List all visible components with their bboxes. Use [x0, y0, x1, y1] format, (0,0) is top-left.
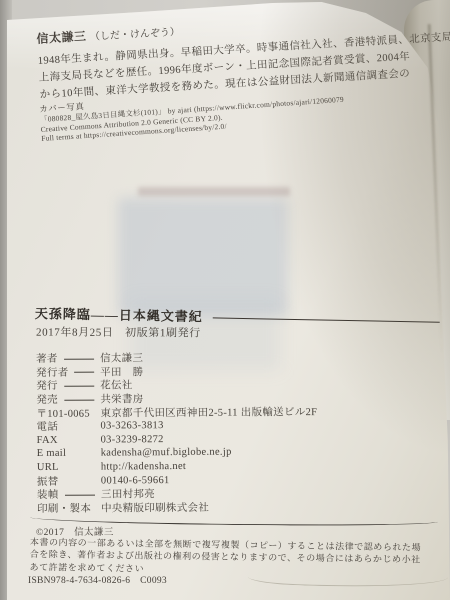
field-value: kadensha@muf.biglobe.ne.jp [101, 447, 232, 459]
field-value: 03-3239-8272 [101, 434, 164, 445]
field-dash [64, 386, 94, 387]
field-label: 電話 [36, 419, 58, 434]
field-label: 印刷・製本 [37, 500, 91, 515]
author-name: 信太謙三 [36, 29, 87, 46]
field-dash [65, 494, 95, 495]
field-dash [75, 372, 95, 373]
field-value: 03-3263-3813 [100, 420, 163, 431]
field-label: URL [37, 462, 59, 473]
field-value: 中央精版印刷株式会社 [101, 500, 209, 516]
colophon-fields: 著者 信太謙三 発行者 平田 勝 発行 花伝社 発売 共栄書房 〒101-006… [36, 349, 437, 515]
field-dash [64, 358, 94, 359]
edition-date-line: 2017年8月25日 初版第1刷発行 [36, 324, 201, 341]
showthrough-cover-image [118, 198, 288, 316]
book-title: 天孫降臨――日本縄文書紀 [35, 303, 203, 325]
book-colophon-photo: 信太謙三 （しだ・けんぞう） 1948年生まれ。静岡県出身。早稲田大学卒。時事通… [0, 0, 450, 600]
field-dash [64, 399, 94, 400]
showthrough-mirrored-text [138, 187, 290, 196]
field-row-printing: 印刷・製本 中央精版印刷株式会社 [37, 499, 437, 515]
field-label: FAX [37, 435, 58, 446]
isbn-line: ISBN978-4-7634-0826-6 C0093 [28, 572, 167, 586]
field-value: http://kadensha.net [101, 461, 186, 473]
field-value: 00140-6-59661 [101, 475, 170, 486]
title-rule-line [213, 317, 440, 322]
field-value: 東京都千代田区西神田2-5-11 出版輸送ビル2F [100, 404, 317, 421]
author-name-reading: （しだ・けんぞう） [90, 27, 180, 43]
field-label: E mail [37, 448, 67, 459]
